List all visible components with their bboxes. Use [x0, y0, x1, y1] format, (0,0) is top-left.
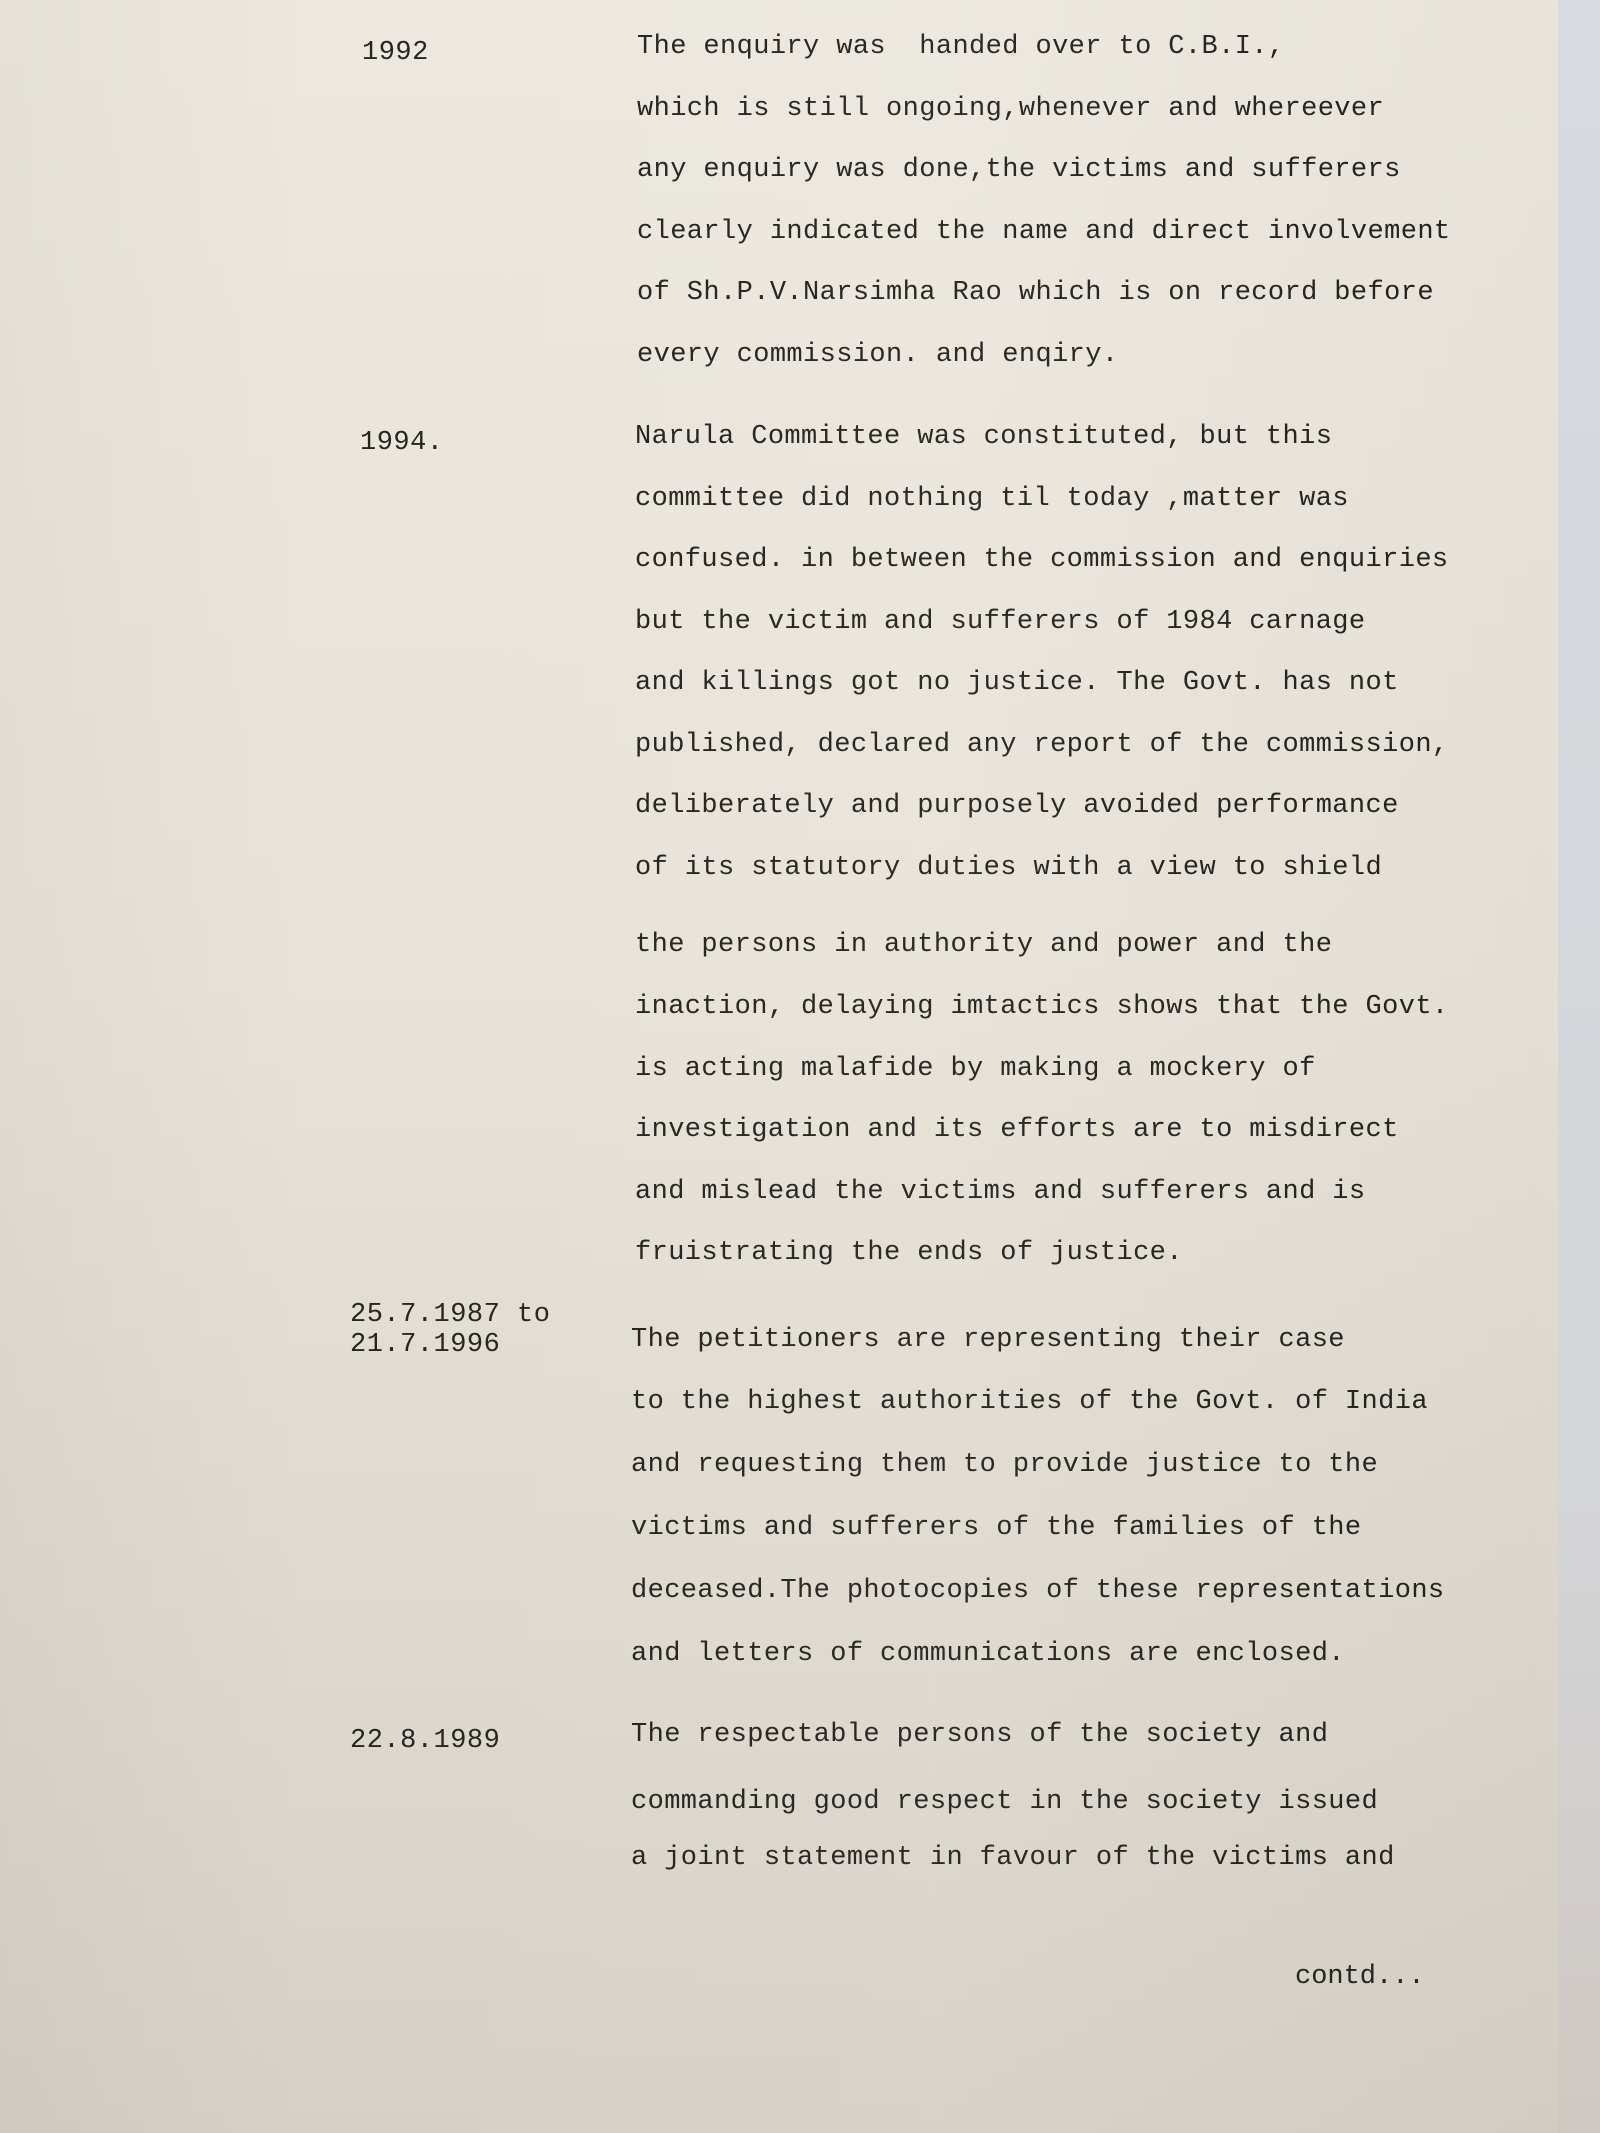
text-line: which is still ongoing,whenever and wher…	[637, 94, 1451, 156]
text-line: and mislead the victims and sufferers an…	[635, 1177, 1449, 1239]
entry-text: Narula Committee was constituted, but th…	[635, 422, 1449, 1300]
text-line: victims and sufferers of the families of…	[631, 1513, 1445, 1576]
text-line: the persons in authority and power and t…	[635, 930, 1449, 992]
text-line: investigation and its efforts are to mis…	[635, 1115, 1449, 1177]
entry-date: 1992	[362, 38, 429, 68]
continued-marker: contd...	[1295, 1962, 1425, 1992]
text-line: The enquiry was handed over to C.B.I.,	[637, 32, 1451, 94]
text-line: and killings got no justice. The Govt. h…	[635, 668, 1449, 730]
text-line: every commission. and enqiry.	[637, 340, 1451, 402]
typewritten-page: 1992 The enquiry was handed over to C.B.…	[0, 0, 1558, 2133]
text-line: deliberately and purposely avoided perfo…	[635, 791, 1449, 853]
background-surface	[1558, 0, 1600, 2133]
text-line: commanding good respect in the society i…	[631, 1787, 1395, 1843]
text-line: of its statutory duties with a view to s…	[635, 853, 1449, 915]
text-line: inaction, delaying imtactics shows that …	[635, 992, 1449, 1054]
entry-text: The petitioners are representing their c…	[631, 1325, 1445, 1700]
text-line: deceased.The photocopies of these repres…	[631, 1576, 1445, 1639]
text-line: and letters of communications are enclos…	[631, 1639, 1445, 1701]
text-line: published, declared any report of the co…	[635, 730, 1449, 792]
text-line: is acting malafide by making a mockery o…	[635, 1054, 1449, 1116]
text-line: committee did nothing til today ,matter …	[635, 484, 1449, 546]
entry-date: 1994.	[360, 428, 444, 458]
entry-text: The respectable persons of the society a…	[631, 1720, 1395, 1905]
entry-text: The enquiry was handed over to C.B.I., w…	[637, 32, 1451, 401]
text-line: a joint statement in favour of the victi…	[631, 1843, 1395, 1905]
text-line: but the victim and sufferers of 1984 car…	[635, 607, 1449, 669]
entry-date: 25.7.1987 to 21.7.1996	[350, 1300, 550, 1360]
text-line: confused. in between the commission and …	[635, 545, 1449, 607]
text-line: to the highest authorities of the Govt. …	[631, 1387, 1445, 1450]
text-line: of Sh.P.V.Narsimha Rao which is on recor…	[637, 278, 1451, 340]
text-line: The respectable persons of the society a…	[631, 1720, 1395, 1787]
text-line: fruistrating the ends of justice.	[635, 1238, 1449, 1300]
entry-date: 22.8.1989	[350, 1726, 500, 1756]
text-line: The petitioners are representing their c…	[631, 1325, 1445, 1387]
text-line: Narula Committee was constituted, but th…	[635, 422, 1449, 484]
text-line: and requesting them to provide justice t…	[631, 1450, 1445, 1513]
text-line: clearly indicated the name and direct in…	[637, 217, 1451, 279]
text-line: any enquiry was done,the victims and suf…	[637, 155, 1451, 217]
